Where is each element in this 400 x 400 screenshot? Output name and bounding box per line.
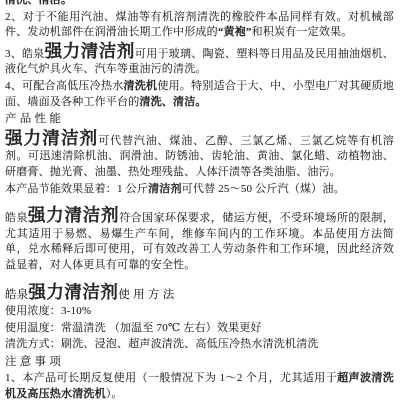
text-run: 产 品 性 能: [5, 113, 61, 125]
text-run: 使 用 方 法: [118, 289, 174, 301]
text-run: 清洁剂: [148, 183, 182, 195]
paragraph: 强力清洁剂可代替汽油、煤油、乙醇、三氯乙烯、三氯乙烷等有机溶剂。可迅速清除机油、…: [5, 129, 394, 181]
text-run: 清洗、清洁。: [5, 0, 72, 6]
paragraph: 3、皓泉强力清洁剂可用于玻璃、陶瓷、塑料等日用品及民用抽油烟机、液化气炉具火车、…: [5, 42, 394, 78]
section-heading: 注 意 事 项: [5, 355, 394, 371]
brand-name: 强力清洁剂: [28, 282, 118, 302]
document-page: 清洗、清洁。2、对于不能用汽油、煤油等有机溶剂清洗的橡胶件本品同样有效。对机械部…: [0, 0, 400, 400]
paragraph: 使用温度：常温清洗 （加温至 70℃ 左右）效果更好: [5, 321, 394, 337]
paragraph: 清洗、清洁。: [5, 0, 394, 9]
text-run: 3、皓泉: [5, 48, 45, 60]
paragraph: 4、可配合高低压冷热水清洗机使用。特别适合于大、中、小型电厂对其硬质地面、墙面及…: [5, 79, 394, 110]
paragraph: 皓泉强力清洁剂符合国家环保要求，储运方便，不受环境场所的限制，尤其适用于易燃、易…: [5, 206, 394, 273]
text-run: 皓泉: [5, 212, 28, 224]
document-body: 清洗、清洁。2、对于不能用汽油、煤油等有机溶剂清洗的橡胶件本品同样有效。对机械部…: [5, 0, 394, 400]
paragraph: 清洗方式：刷洗、浸泡、超声波清洗、高低压冷热水清洗机清洗: [5, 337, 394, 353]
text-run: ）。: [106, 388, 123, 400]
text-run: 清洗、清洁。: [139, 96, 206, 108]
brand-name: 强力清洁剂: [5, 128, 98, 148]
text-run: 使用温度：常温清洗 （加温至 70℃ 左右）效果更好: [5, 322, 262, 334]
paragraph: 1、本产品可长期反复使用（一般情况下为 1～2 个月，尤其适用于超声波清洗机及高…: [5, 371, 394, 400]
brand-name: 强力清洁剂: [28, 205, 119, 225]
section-heading: 产 品 性 能: [5, 112, 394, 128]
paragraph: 2、对于不能用汽油、煤油等有机溶剂清洗的橡胶件本品同样有效。对机械部件、发动机部…: [5, 10, 394, 41]
section-heading: 皓泉强力清洁剂使 用 方 法: [5, 283, 394, 304]
text-run: 清洗机: [124, 80, 158, 92]
text-run: 本产品节能效果显着：1 公斤: [5, 183, 148, 195]
text-run: 和积炭有一定效果。: [252, 26, 353, 38]
text-run: 4、可配合高低压冷热水: [5, 80, 124, 92]
paragraph: 本产品节能效果显着：1 公斤清洁剂可代替 25～50 公斤汽（煤）油。: [5, 182, 394, 198]
text-run: 1、本产品可长期反复使用（一般情况下为 1～2 个月，尤其适用于: [5, 372, 337, 384]
text-run: 皓泉: [5, 289, 28, 301]
text-run: 可代替 25～50 公斤汽（煤）油。: [182, 183, 345, 195]
text-run: 注 意 事 项: [5, 356, 61, 368]
brand-name: 强力清洁剂: [45, 41, 135, 61]
text-run: “黄袍”: [218, 26, 252, 38]
text-run: 清洗方式：刷洗、浸泡、超声波清洗、高低压冷热水清洗机清洗: [5, 338, 319, 350]
text-run: 使用浓度：3-10%: [5, 305, 91, 317]
paragraph: 使用浓度：3-10%: [5, 304, 394, 320]
